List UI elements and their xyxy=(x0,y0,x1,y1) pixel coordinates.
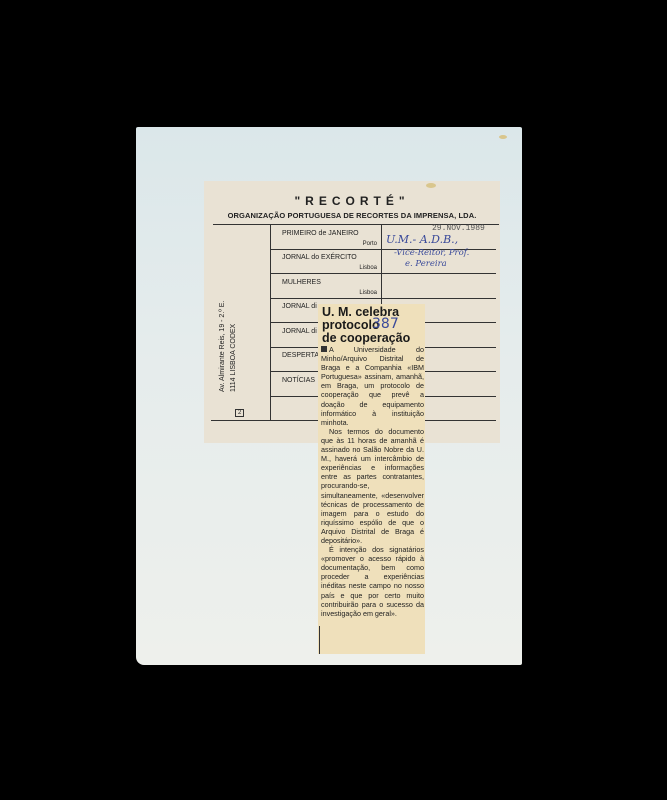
row-rule xyxy=(425,322,496,323)
row-rule xyxy=(425,371,496,372)
handwritten-note: U.M.- A.D.B., xyxy=(386,233,458,246)
publication-name: NOTÍCIAS xyxy=(282,377,315,384)
row-rule xyxy=(270,371,320,372)
bottom-rule xyxy=(425,420,496,421)
publication-city: Lisboa xyxy=(330,290,377,296)
publication-name: JORNAL di xyxy=(282,303,317,310)
article-body: A Universidade do Minho/Arquivo Distrita… xyxy=(321,345,424,618)
row-rule xyxy=(270,322,320,323)
publication-name: MULHERES xyxy=(282,279,321,286)
margin-pen-mark xyxy=(319,626,320,654)
form-title: "RECORTÉ" xyxy=(204,194,500,208)
publication-city: Porto xyxy=(330,241,377,247)
row-rule xyxy=(270,347,320,348)
paragraph-bullet-icon xyxy=(321,346,327,352)
handwritten-note: e. Pereira xyxy=(405,259,447,269)
date-stamp: 29.NOV.1989 xyxy=(432,224,485,233)
article-paragraph: A Universidade do Minho/Arquivo Distrita… xyxy=(321,345,424,427)
bottom-rule xyxy=(211,420,320,421)
address-block: Av. Almirante Reis, 19 - 2.º E. 1114 LIS… xyxy=(217,301,239,392)
article-paragraph: É intenção dos signatários «promover o a… xyxy=(321,545,424,618)
address-line: Av. Almirante Reis, 19 - 2.º E. xyxy=(217,301,228,392)
headline-line: de cooperação xyxy=(322,332,410,345)
handwritten-note: -Vice-Reitor, Prof. xyxy=(394,248,469,258)
publication-name: JORNAL do EXÉRCITO xyxy=(282,254,357,261)
stain-mark xyxy=(499,135,507,139)
publication-city: Lisboa xyxy=(330,265,377,271)
column-divider-right xyxy=(381,224,382,304)
row-rule xyxy=(425,396,496,397)
stain-mark xyxy=(426,183,436,188)
row-rule xyxy=(270,396,320,397)
article-paragraph: Nos termos do documento que às 11 horas … xyxy=(321,427,424,545)
publication-name: PRIMEIRO de JANEIRO xyxy=(282,230,359,237)
page-number: 2 xyxy=(235,409,244,417)
row-rule xyxy=(425,347,496,348)
address-line: 1114 LISBOA CODEX xyxy=(228,301,239,392)
publication-name: JORNAL di xyxy=(282,328,317,335)
form-subtitle: ORGANIZAÇÃO PORTUGUESA DE RECORTES DA IM… xyxy=(204,211,500,220)
handwritten-reference-number: 387 xyxy=(372,316,399,332)
row-rule xyxy=(270,298,496,299)
row-rule xyxy=(270,273,496,274)
publication-name: DESPERTAI xyxy=(282,352,321,359)
